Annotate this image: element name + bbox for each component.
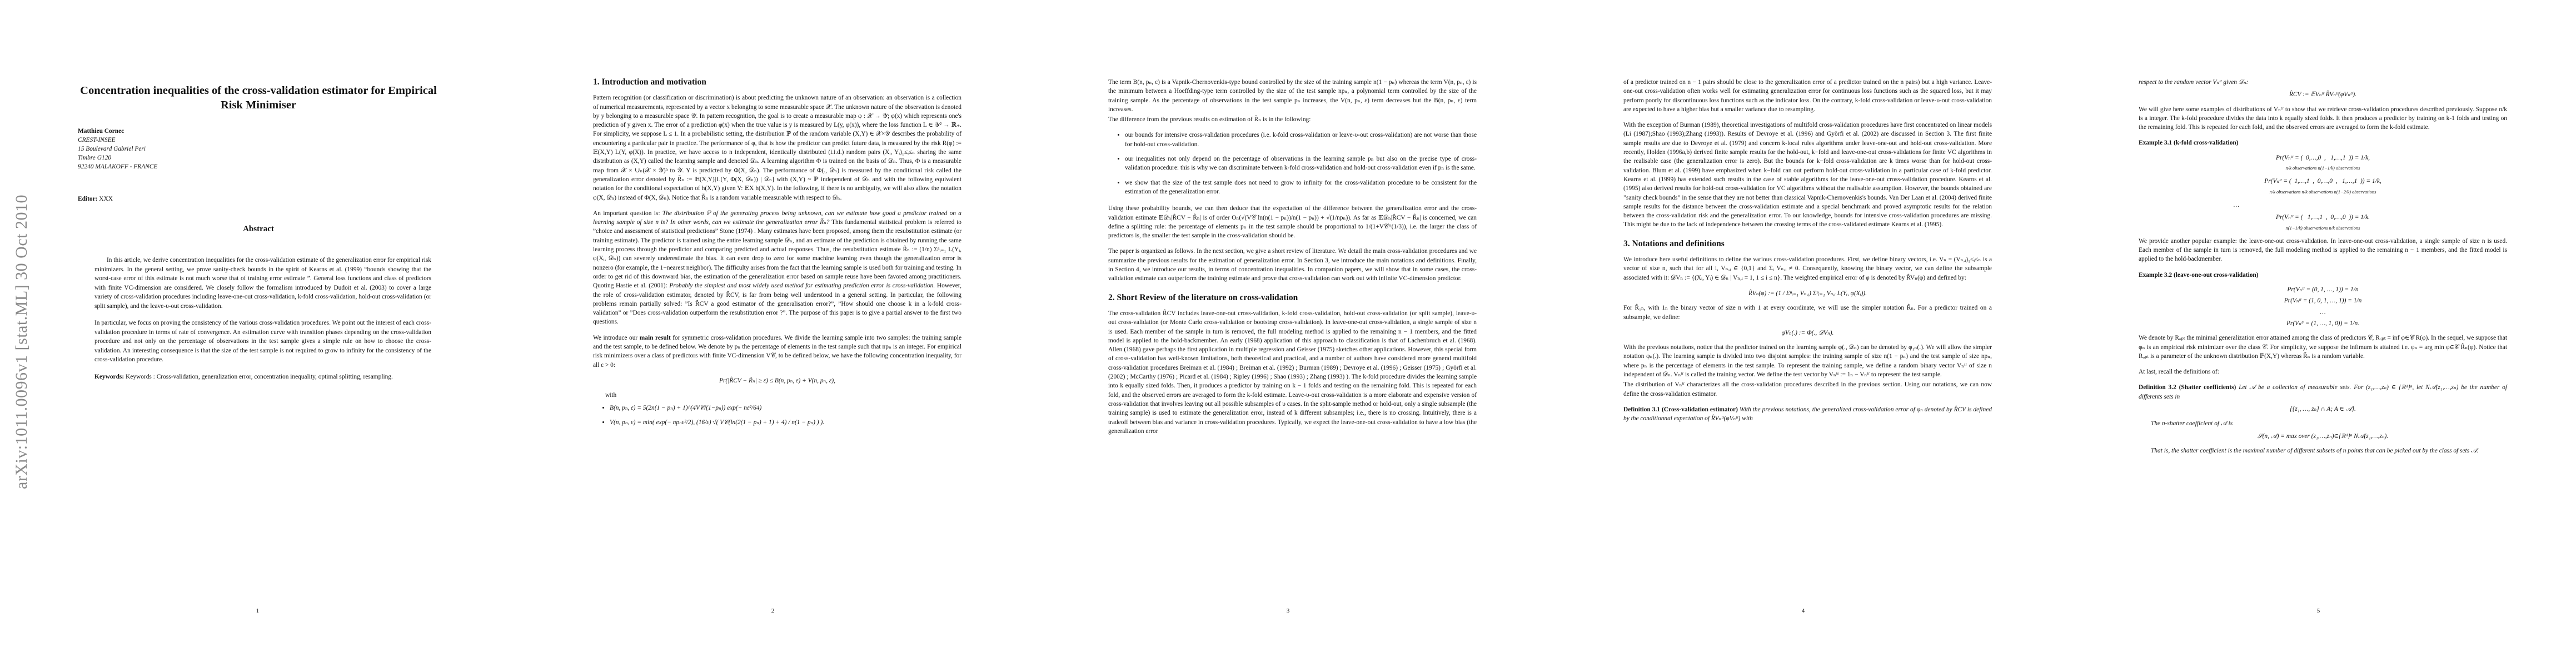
page-4: of a predictor trained on n − 1 pairs sh… xyxy=(1546,0,2061,667)
arxiv-stamp: arXiv:1011.0096v1 [stat.ML] 30 Oct 2010 xyxy=(12,195,31,489)
paragraph: of a predictor trained on n − 1 pairs sh… xyxy=(1623,78,1992,114)
section-heading: 3. Notations and definitions xyxy=(1623,240,1992,248)
text-column: The term B(n, pₙ, ε) is a Vapnik-Chernov… xyxy=(1108,78,1477,442)
loo-equation: Pr(Vₙᵗʳ = (1, …, 1, 0)) = 1/n. xyxy=(2139,319,2507,328)
loo-equation: … xyxy=(2139,308,2507,317)
text-run: An important question is: xyxy=(593,210,662,217)
paragraph: We provide another popular example: the … xyxy=(2139,237,2507,264)
equation-subsample-predictor: φVₙ(.) := Φ(., 𝒟Vₙ). xyxy=(1623,328,1992,337)
with-label: with xyxy=(593,391,961,400)
contribution-list: our bounds for intensive cross-validatio… xyxy=(1108,131,1477,196)
bound-item: V(n, pₙ, ε) = min( exp(− npₙε²/2), (16/ε… xyxy=(610,418,961,427)
affiliation-line: 92240 MALAKOFF - FRANCE xyxy=(78,162,157,171)
loo-equation: Pr(Vₙᵗʳ = (0, 1, …, 1)) = 1/n xyxy=(2139,285,2507,294)
paragraph: We denote by Rₒₚₜ the minimal generaliza… xyxy=(2139,333,2507,361)
equation-shatter-coefficient: 𝒮(n, 𝒜) = max over (z₁,…,zₙ)∈{ℝᵈ}ⁿ N𝒜(z₁… xyxy=(2139,432,2507,441)
page-1: arXiv:1011.0096v1 [stat.ML] 30 Oct 2010 … xyxy=(0,0,515,667)
equation-cv-estimator: R̂CV := 𝔼Vₙᵗʳ R̂Vₙᵗˢ(φVₙᵗʳ). xyxy=(2139,90,2507,99)
definition-label: Definition 3.1 (Cross-validation estimat… xyxy=(1623,406,1738,413)
bold-main-result: main result xyxy=(640,335,671,341)
loo-equation: Pr(Vₙᵗʳ = (1, 0, 1, …, 1)) = 1/n xyxy=(2139,296,2507,305)
paper-title: Concentration inequalities of the cross-… xyxy=(78,83,439,112)
kfold-underbrace-label: n/k observations n/k observations n(1−2/… xyxy=(2139,187,2507,196)
kfold-underbrace-label: n/k observations n(1−1/k) observations xyxy=(2139,163,2507,172)
definition-label: Definition 3.2 (Shatter coefficients) xyxy=(2139,384,2236,391)
paragraph: For R̂₁ₙ, with 1ₙ the binary vector of s… xyxy=(1623,303,1992,322)
text-run: We introduce our xyxy=(593,335,640,341)
editor-line: Editor: XXX xyxy=(78,196,113,202)
kfold-equation: Pr(Vₙᵗʳ = ( 1,…,1 , 0,…,0 , 1,…,1 )) = 1… xyxy=(2139,177,2507,186)
paragraph: At last, recall the definitions of: xyxy=(2139,367,2507,376)
page-number: 1 xyxy=(0,608,515,614)
contribution-item: we show that the size of the test sample… xyxy=(1125,178,1477,197)
section-heading: 2. Short Review of the literature on cro… xyxy=(1108,293,1477,302)
page-3: The term B(n, pₙ, ε) is a Vapnik-Chernov… xyxy=(1030,0,1546,667)
page-number: 2 xyxy=(515,608,1030,614)
example-title: Example 3.2 (leave-one-out cross-validat… xyxy=(2139,271,2507,280)
paragraph: We will give here some examples of distr… xyxy=(2139,105,2507,132)
paragraph: We introduce our main result for symmetr… xyxy=(593,333,961,370)
abstract-body: In this article, we derive concentration… xyxy=(94,256,431,389)
paragraph: Pattern recognition (or classification o… xyxy=(593,93,961,202)
bound-list: B(n, pₙ, ε) = 5(2n(1 − pₙ) + 1)^(4V𝒞/(1−… xyxy=(593,404,961,427)
editor-label: Editor: xyxy=(78,196,97,202)
paragraph: The term B(n, pₙ, ε) is a Vapnik-Chernov… xyxy=(1108,78,1477,114)
kfold-equation: Pr(Vₙᵗʳ = ( 0,…,0 , 1,…,1 )) = 1/k, xyxy=(2139,153,2507,162)
page-2: 1. Introduction and motivation Pattern r… xyxy=(515,0,1030,667)
text-column: of a predictor trained on n − 1 pairs sh… xyxy=(1623,78,1992,430)
author-name: Matthieu Cornec xyxy=(78,127,157,136)
affiliation-line: CREST-INSEE xyxy=(78,136,157,145)
kfold-equation: Pr(Vₙᵗʳ = ( 1,…,1 , 0,…,0 )) = 1/k. xyxy=(2139,213,2507,222)
keywords-label: Keywords: xyxy=(94,374,124,380)
text-run: This fundamental statistical problem is … xyxy=(593,219,961,289)
shatter-intro: The n-shatter coefficient of 𝒜 is xyxy=(2139,419,2507,428)
section-heading: 1. Introduction and motivation xyxy=(593,78,961,87)
paragraph: With the previous notations, notice that… xyxy=(1623,343,1992,379)
paragraph: The paper is organized as follows. In th… xyxy=(1108,247,1477,283)
paragraph: We introduce here useful definitions to … xyxy=(1623,255,1992,282)
abstract-title: Abstract xyxy=(78,225,439,234)
kfold-underbrace-label: n(1−1/k) observations n/k observations xyxy=(2139,223,2507,232)
equation-set-intersection: {{z₁, …, zₙ} ∩ A; A ∈ 𝒜}. xyxy=(2139,405,2507,414)
main-inequality: Pr(|R̂CV − R̃ₙ| ≥ ε) ≤ B(n, pₙ, ε) + V(n… xyxy=(593,376,961,385)
bound-item: B(n, pₙ, ε) = 5(2n(1 − pₙ) + 1)^(4V𝒞/(1−… xyxy=(610,404,961,412)
paragraph: The cross-validation R̂CV includes leave… xyxy=(1108,309,1477,436)
definition: Definition 3.2 (Shatter coefficients) Le… xyxy=(2139,383,2507,401)
paragraph: An important question is: The distributi… xyxy=(593,209,961,327)
abstract-paragraph: In particular, we focus on proving the c… xyxy=(94,318,431,365)
paragraph: The difference from the previous results… xyxy=(1108,115,1477,124)
page-5: respect to the random vector Vₙᵗʳ given … xyxy=(2061,0,2576,667)
text-column: 1. Introduction and motivation Pattern r… xyxy=(593,78,961,435)
keywords-text: Keywords : Cross-validation, generalizat… xyxy=(126,374,393,380)
paragraph: The distribution of Vₙᵗʳ characterizes a… xyxy=(1623,380,1992,399)
equation-weighted-error: R̂Vₙ(φ) := (1 / Σⁿᵢ₌₁ Vₙ,ᵢ) Σⁿᵢ₌₁ Vₙ,ᵢ L… xyxy=(1623,289,1992,298)
shatter-explanation: That is, the shatter coefficient is the … xyxy=(2139,446,2507,455)
editor-value: XXX xyxy=(99,196,113,202)
example-title: Example 3.1 (k-fold cross-validation) xyxy=(2139,138,2507,147)
page-number: 3 xyxy=(1030,608,1546,614)
abstract-paragraph: In this article, we derive concentration… xyxy=(94,256,431,311)
definition: Definition 3.1 (Cross-validation estimat… xyxy=(1623,405,1992,424)
keywords: Keywords: Keywords : Cross-validation, g… xyxy=(94,372,431,382)
paragraph: Using these probability bounds, we can t… xyxy=(1108,204,1477,240)
affiliation-line: Timbre G120 xyxy=(78,153,157,162)
page-number: 4 xyxy=(1546,608,2061,614)
affiliation-line: 15 Boulevard Gabriel Peri xyxy=(78,145,157,153)
italic-quote: Probably the simplest and most widely us… xyxy=(669,282,935,289)
contribution-item: our inequalities not only depend on the … xyxy=(1125,155,1477,173)
paragraph: With the exception of Burman (1989), the… xyxy=(1623,121,1992,230)
text-column: respect to the random vector Vₙᵗʳ given … xyxy=(2139,78,2507,462)
author-block: Matthieu Cornec CREST-INSEE 15 Boulevard… xyxy=(78,127,157,171)
definition-continued: respect to the random vector Vₙᵗʳ given … xyxy=(2139,78,2507,87)
contribution-item: our bounds for intensive cross-validatio… xyxy=(1125,131,1477,149)
page-number: 5 xyxy=(2061,608,2576,614)
ellipsis: … xyxy=(2139,201,2507,210)
